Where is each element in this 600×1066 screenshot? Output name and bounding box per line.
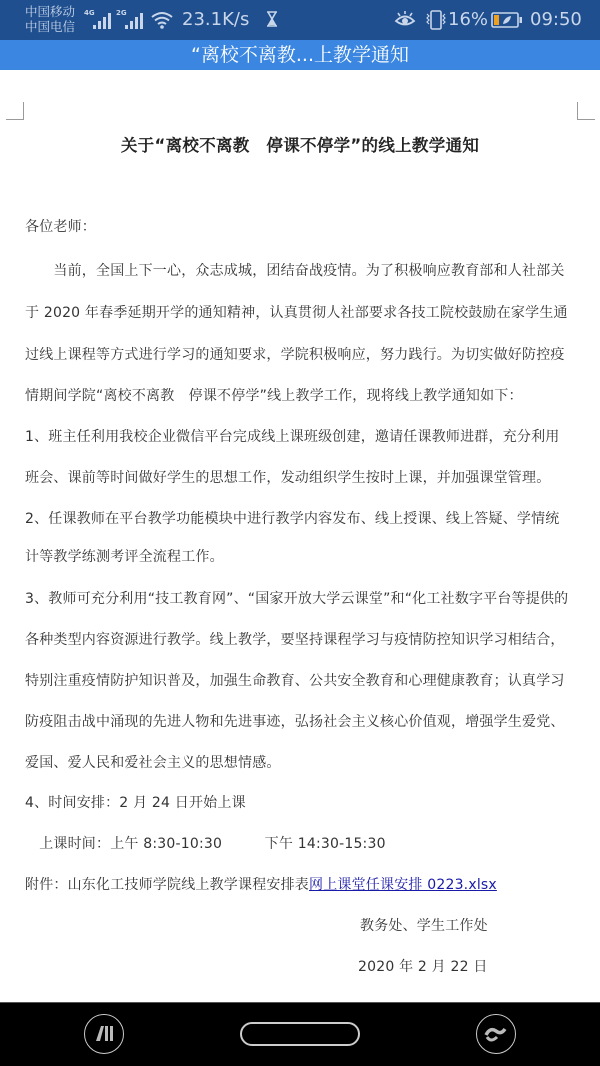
paragraph-line: 4、时间安排：2 月 24 日开始上课: [25, 792, 246, 812]
paragraph-line: 于 2020 年春季延期开学的通知精神，认真贯彻人社部要求各技工院校鼓励在家学生…: [25, 302, 568, 322]
carrier-names: 中国移动 中国电信: [25, 4, 75, 34]
paragraph-line: 特别注重疫情防护知识普及，加强生命教育、公共安全教育和心理健康教育；认真学习: [25, 670, 565, 690]
paragraph-line: 计等教学练测考评全流程工作。: [25, 546, 224, 566]
eye-comfort-icon: [394, 10, 416, 28]
greeting: 各位老师：: [25, 216, 96, 236]
back-icon: [85, 1015, 122, 1052]
paragraph-line: 情期间学院“离校不离教 停课不停学”线上教学工作，现将线上教学通知如下：: [25, 385, 523, 405]
attachment-link[interactable]: 网上课堂任课安排 0223.xlsx: [309, 877, 497, 893]
paragraph-line: 过线上课程等方式进行学习的通知要求，学院积极响应，努力践行。为切实做好防控疫: [25, 344, 565, 364]
document-viewer[interactable]: 关于“离校不离教 停课不停学”的线上教学通知 各位老师： 当前，全国上下一心，众…: [0, 70, 600, 1002]
recent-apps-button[interactable]: [476, 1014, 516, 1054]
battery-percent: 16%: [448, 9, 488, 30]
attachment-label: 附件：山东化工技师学院线上教学课程安排表: [25, 877, 309, 893]
hourglass-icon: [266, 11, 278, 27]
paragraph-line: 3、教师可充分利用“技工教育网”、“国家开放大学云课堂”和“化工社数字平台等提供…: [25, 588, 568, 608]
carrier-2: 中国电信: [25, 19, 75, 34]
attachment-line: 附件：山东化工技师学院线上教学课程安排表网上课堂任课安排 0223.xlsx: [25, 874, 497, 894]
vibrate-icon: [424, 10, 448, 30]
document-heading: 关于“离校不离教 停课不停学”的线上教学通知: [0, 132, 600, 156]
battery-saver-icon: [491, 12, 523, 28]
page-corner-mark-left: [6, 102, 24, 120]
paragraph-line: 当前，全国上下一心，众志成城，团结奋战疫情。为了积极响应教育部和人社部关: [25, 260, 565, 280]
paragraph-line: 防疫阻击战中涌现的先进人物和先进事迹，弘扬社会主义核心价值观，增强学生爱党、: [25, 711, 565, 731]
paragraph-line: 2、任课教师在平台教学功能模块中进行教学内容发布、线上授课、线上答疑、学情统: [25, 508, 560, 528]
navigation-bar: [0, 1002, 600, 1066]
paragraph-line: 爱国、爱人民和爱社会主义的思想情感。: [25, 752, 281, 772]
document-title-bar: “离校不离教...上教学通知: [0, 40, 600, 70]
status-bar: 中国移动 中国电信 4G 2G 23.1K/s 16%: [0, 0, 600, 40]
wifi-icon: [150, 11, 174, 29]
recent-apps-icon: [477, 1015, 514, 1052]
home-button[interactable]: [240, 1022, 360, 1046]
paragraph-line: 班会、课前等时间做好学生的思想工作，发动组织学生按时上课，并加强课堂管理。: [25, 467, 550, 487]
network-speed: 23.1K/s: [182, 9, 249, 30]
document-date: 2020 年 2 月 22 日: [358, 956, 488, 976]
carrier-1: 中国移动: [25, 4, 75, 19]
clock: 09:50: [530, 9, 582, 30]
signature: 教务处、学生工作处: [360, 915, 488, 935]
paragraph-line: 各种类型内容资源进行教学。线上教学，要坚持课程学习与疫情防控知识学习相结合，: [25, 629, 565, 649]
class-schedule: 上课时间：上午 8:30-10:30 下午 14:30-15:30: [25, 833, 386, 853]
page-corner-mark-right: [577, 102, 595, 120]
paragraph-line: 1、班主任利用我校企业微信平台完成线上课班级创建，邀请任课教师进群，充分利用: [25, 426, 560, 446]
back-button[interactable]: [84, 1014, 124, 1054]
